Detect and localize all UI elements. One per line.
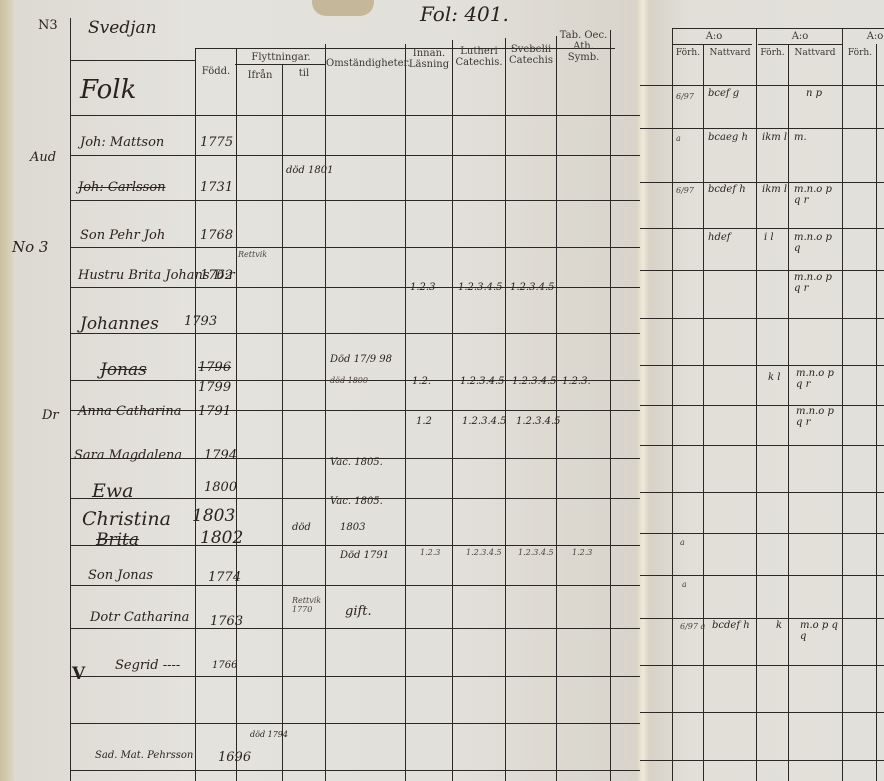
place-name: Svedjan [88,18,157,38]
rule [70,545,640,546]
header-forh: Förh. [843,48,877,59]
rule [640,575,884,576]
row-tab: 1.2.3 [572,548,592,557]
row-born: 1803 [192,506,235,526]
rule [672,28,673,781]
row-name: Son Jonas [88,568,153,583]
row-name: Jonas [100,360,147,380]
row-forh: 6/97 [676,92,694,101]
margin-note: No 3 [12,238,48,256]
row-nattvard: bcef g [708,88,754,99]
margin-note: Dr [42,408,59,423]
rule [70,18,71,781]
row-note: Vac. 1805. [330,457,383,468]
row-forh: 6/97 a [680,622,705,631]
rule [70,60,195,61]
header-svebelius: Svebelii Catechis [506,44,556,66]
header-forh: Förh. [757,48,788,59]
book-gutter [636,0,650,781]
row-nattvard: m.n.o p q r [796,368,840,390]
row-born: 1768 [200,228,233,243]
row-moved-from: Rettvik 1770 [292,596,328,614]
row-nattvard: m.n.o p q r [794,184,838,206]
row-nattvard: m.o p q q [800,620,844,642]
right-page [640,0,884,781]
rule [70,676,640,677]
row-reading: 1.2.3 [420,548,440,557]
rule [556,36,557,781]
row-name: Son Pehr Joh [80,228,165,243]
rule [452,40,453,781]
rule [640,712,884,713]
header-luther: Lutheri Catechis. [453,46,505,68]
row-born: 1791 [198,404,231,419]
rule [195,48,196,781]
row-born: 1802 [200,528,243,548]
rule [842,28,843,781]
row-note: Död 17/9 98 [330,354,392,365]
row-reading: 1.2. [412,376,431,387]
rule [640,128,884,129]
margin-note: V [72,664,85,684]
row-note: 1803 [340,522,365,533]
rule [640,618,884,619]
row-moved-to: död [292,522,311,533]
page-mark: N3 [38,18,58,33]
row-born: 1774 [208,570,241,585]
row-nattvard: m. [794,132,807,143]
rule [236,48,237,781]
row-tab: 1.2.3. [562,376,591,387]
row-forh: k [776,620,782,631]
rule [70,770,640,771]
row-reading: 1.2.3 [410,282,435,293]
row-forh: a [676,134,681,143]
header-reading: Innan. Läsning [406,48,452,70]
page-edge [0,0,14,781]
rule [70,200,640,201]
left-page [0,0,640,781]
row-note: Död 1791 [340,550,389,561]
rule [640,445,884,446]
rule [70,155,640,156]
row-luther: 1.2.3.4.5 [462,416,507,427]
rule [640,228,884,229]
row-name: Johannes [80,314,159,334]
row-name: Brita [96,530,139,550]
row-name: Christina [82,508,171,530]
row-born: 1775 [200,135,233,150]
rule [640,182,884,183]
header-names: Folk [80,75,136,105]
rule [70,115,640,116]
row-svebelius: 1.2.3.4.5 [512,376,557,387]
rule [640,760,884,761]
row-born: 1799 [198,380,231,395]
header-moves: Flyttningar. [238,52,324,63]
header-moves-to: til [284,68,324,79]
row-name: Dotr Catharina [90,610,189,625]
header-year: A:o [674,31,754,42]
rule [640,665,884,666]
row-name: Ewa [92,480,133,502]
row-forh: 6/97 [676,186,694,195]
header-born: Född. [197,66,235,77]
bookmark-tab [312,0,374,16]
margin-note: Aud [30,150,56,165]
row-name: Segrid ---- [115,658,180,673]
rule [70,247,640,248]
row-born: 1766 [212,660,237,671]
row-nattvard: bcdef h [708,184,754,195]
row-born: 1763 [210,614,243,629]
header-circumstances: Omständigheter. [326,58,406,69]
rule [788,44,789,781]
rule [672,44,752,45]
header-nattvard: Nattvard [704,48,756,59]
rule [756,28,757,781]
rule [610,30,611,781]
row-born: 1793 [184,314,217,329]
row-note: gift. [345,604,372,619]
row-luther: 1.2.3.4.5 [466,548,502,557]
rule [70,628,640,629]
row-forh: a [682,580,687,589]
rule [703,44,704,781]
rule [640,365,884,366]
row-name: Joh: Carlsson [78,180,166,195]
row-nattvard: m.n.o p q r [796,406,840,428]
row-forh: i l [764,232,784,243]
row-forh: ikm l [762,184,788,195]
row-moved-from: Rettvik [238,250,267,259]
rule [70,723,640,724]
row-moved-to: död 1801 [286,165,333,176]
header-moves-from: Ifrån [238,70,282,81]
rule [876,44,877,781]
row-nattvard: m.n.o p q [794,232,838,254]
row-born: 1762 [200,268,233,283]
header-forh: Förh. [673,48,703,59]
row-born: 1731 [200,180,233,195]
rule [640,405,884,406]
row-svebelius: 1.2.3.4.5 [518,548,554,557]
row-note: död 1800 [330,376,368,385]
row-svebelius: 1.2.3.4.5 [510,282,555,293]
row-name: Anna Catharina [78,404,182,419]
rule [640,492,884,493]
rule [282,64,283,781]
folio-number: Fol: 401. [420,2,509,26]
row-born: 1796 [198,360,231,375]
rule [505,38,506,781]
row-note: Vac. 1805. [330,496,383,507]
row-nattvard: bcdef h [712,620,758,631]
row-born: 1794 [204,448,237,463]
rule [325,44,326,781]
row-nattvard: bcaeg h [708,132,754,143]
row-forh: a [680,538,685,547]
header-year: A:o [758,31,842,42]
header-nattvard: Nattvard [789,48,841,59]
rule [672,28,884,29]
rule [758,44,842,45]
rule [70,585,640,586]
rule [640,318,884,319]
row-name: Sara Magdalena [74,448,182,463]
rule [640,85,884,86]
row-nattvard: n p [806,88,822,99]
row-born: 1800 [204,480,237,495]
row-moved-from: död 1794 [250,730,288,739]
row-reading: 1.2 [416,416,432,427]
row-forh: k l [768,372,786,383]
row-forh: ikm l [762,132,788,143]
row-luther: 1.2.3.4.5 [458,282,503,293]
row-born: 1696 [218,750,251,765]
row-luther: 1.2.3.4.5 [460,376,505,387]
rule [405,44,406,781]
rule [640,270,884,271]
row-svebelius: 1.2.3.4.5 [516,416,561,427]
header-tab: Tab. Oec. Ath. Symb. [557,30,610,63]
header-year: A:o [860,31,884,42]
row-nattvard: m.n.o p q r [794,272,838,294]
rule [235,64,325,65]
rule [640,533,884,534]
row-nattvard: hdef [708,232,730,243]
row-name: Joh: Mattson [80,135,164,150]
row-name: Sad. Mat. Pehrsson [95,750,193,761]
